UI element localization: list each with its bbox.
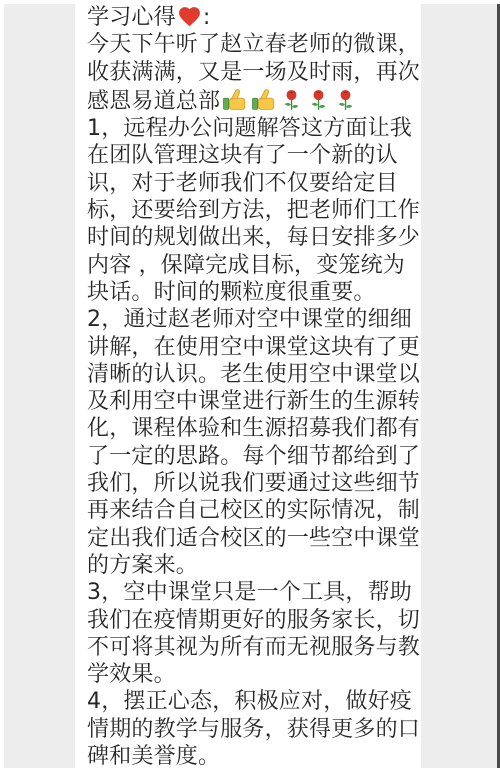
left-page-gutter xyxy=(4,4,75,768)
text-line: 清晰的认识。老生使用空中课堂以 xyxy=(87,361,419,388)
thumbs-up-icon xyxy=(250,86,277,113)
rose-icon xyxy=(279,88,304,113)
text-line: 在团队管理这块有了一个新的认 xyxy=(87,142,419,169)
text-line: 今天下午听了赵立春老师的微课， xyxy=(87,31,419,58)
text-line: 了一定的思路。每个细节都给到了 xyxy=(87,443,419,470)
text-line: 再来结合自己校区的实际情况，制 xyxy=(87,497,419,524)
text-page: 学习心得 :今天下午听了赵立春老师的微课，收获满满，又是一场及时雨，再次感恩易道… xyxy=(75,4,421,768)
right-page-gutter xyxy=(421,4,500,768)
red-heart-icon xyxy=(177,4,202,29)
text-line: 收获满满，又是一场及时雨，再次 xyxy=(87,59,419,86)
text-line: 内容 ，保障完成目标，变笼统为 xyxy=(87,252,419,279)
text-line: 块话。时间的颗粒度很重要。 xyxy=(87,279,419,306)
text-line: 时间的规划做出来，每日安排多少 xyxy=(87,224,419,251)
text-line: 我们，所以说我们要通过这些细节 xyxy=(87,470,419,497)
text-line: 定出我们适合校区的一些空中课堂 xyxy=(87,525,419,552)
thumbs-up-icon xyxy=(221,86,248,113)
text-line: 讲解，在使用空中课堂这块有了更 xyxy=(87,334,419,361)
text-line: 识，对于老师我们不仅要给定目 xyxy=(87,170,419,197)
text-line: 及利用空中课堂进行新生的生源转 xyxy=(87,388,419,415)
text-line: 化，课程体验和生源招募我们都有 xyxy=(87,415,419,442)
text-line: 学效果。 xyxy=(87,661,419,688)
text-line: 学习心得 : xyxy=(87,4,419,31)
text-line: 不可将其视为所有而无视服务与教 xyxy=(87,634,419,661)
text-line: 2，通过赵老师对空中课堂的细细 xyxy=(87,306,419,333)
text-line: 情期的教学与服务，获得更多的口 xyxy=(87,716,419,743)
text-line: 3，空中课堂只是一个工具，帮助 xyxy=(87,579,419,606)
text-line: 我们在疫情期更好的服务家长，切 xyxy=(87,607,419,634)
text-line: 1，远程办公问题解答这方面让我 xyxy=(87,115,419,142)
text-line: 标，还要给到方法，把老师们工作 xyxy=(87,197,419,224)
study-notes-text: 学习心得 :今天下午听了赵立春老师的微课，收获满满，又是一场及时雨，再次感恩易道… xyxy=(75,4,421,768)
text-line: 感恩易道总部 xyxy=(87,86,419,115)
text-line: 的方案来。 xyxy=(87,552,419,579)
text-line: 4，摆正心态，积极应对，做好疫 xyxy=(87,688,419,715)
rose-icon xyxy=(306,88,331,113)
text-line: 碑和美誉度。 xyxy=(87,743,419,768)
rose-icon xyxy=(333,88,358,113)
